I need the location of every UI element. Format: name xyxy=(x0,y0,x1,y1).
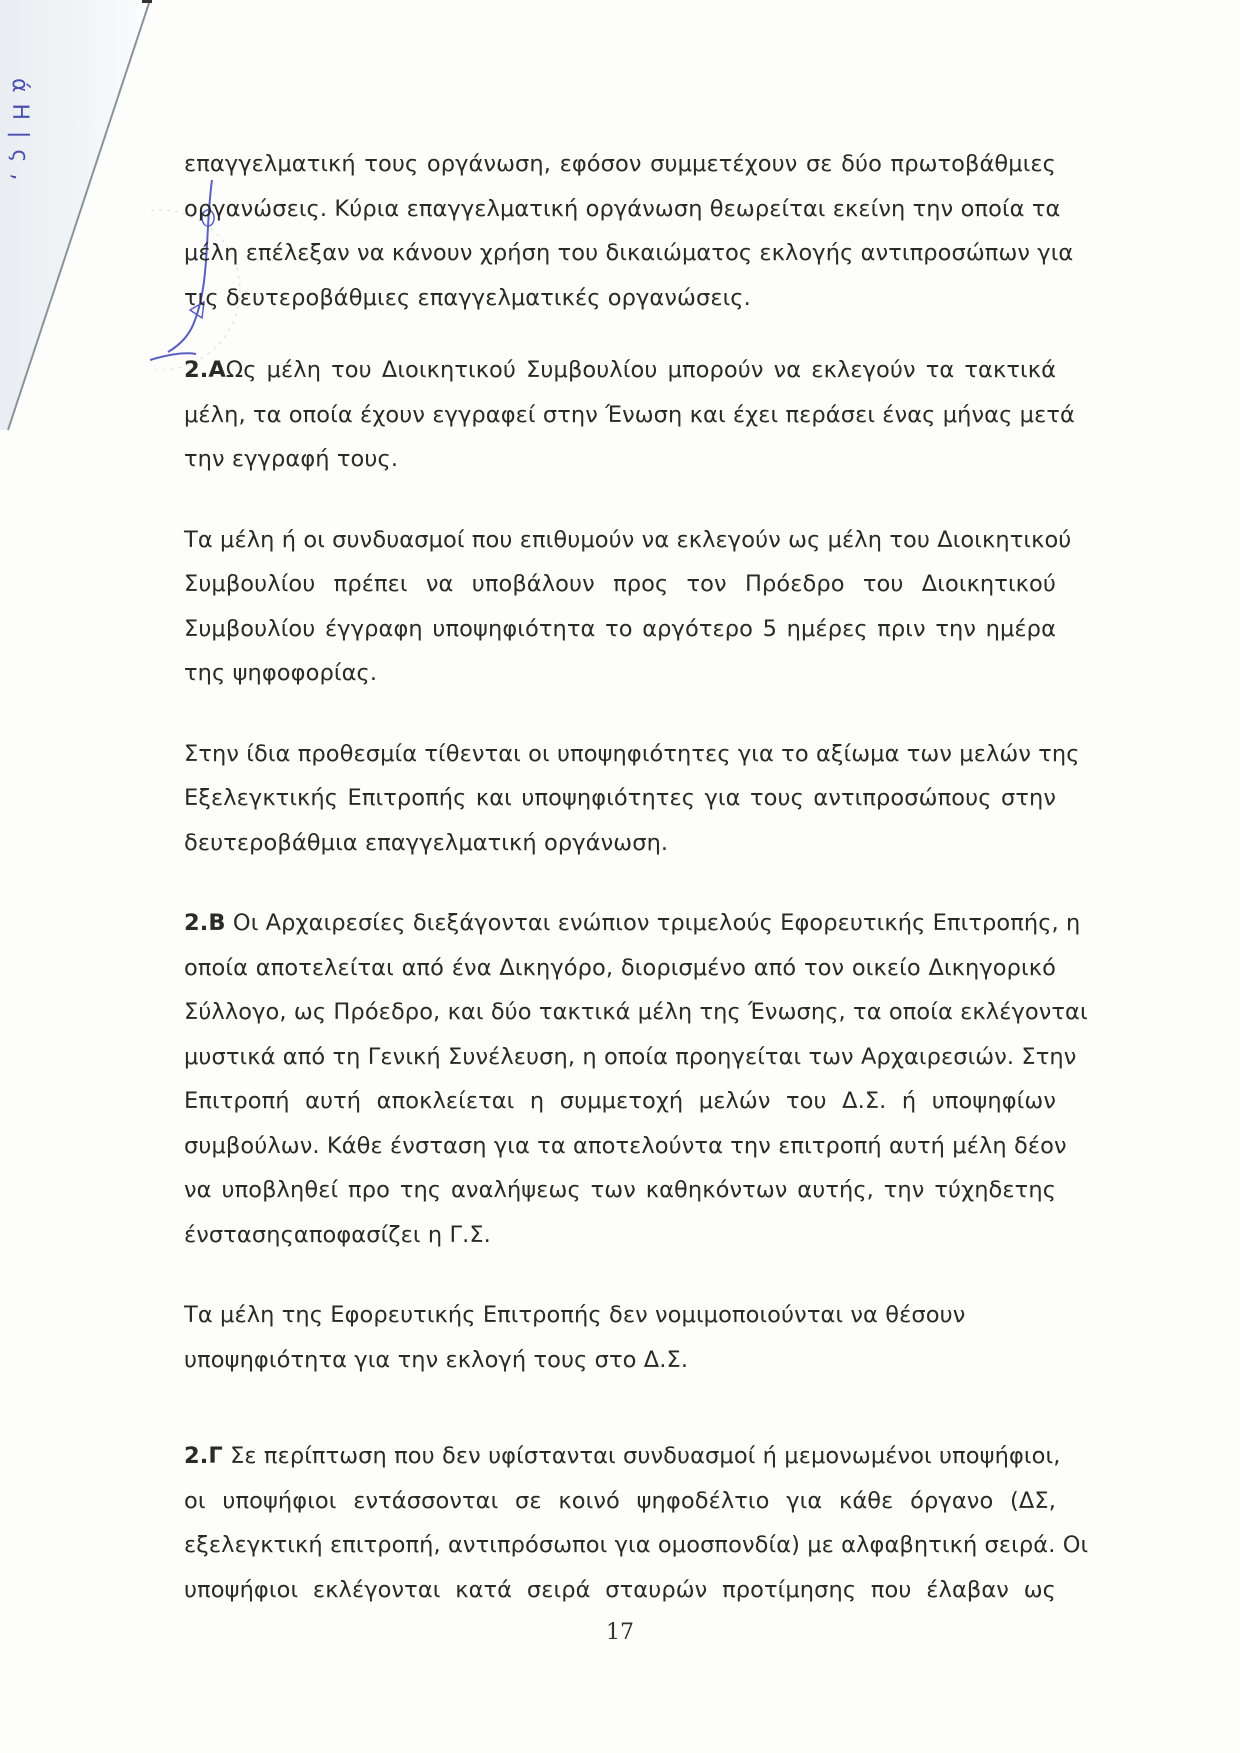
text-line: Τα μέλη της Εφορευτικής Επιτροπής δεν νο… xyxy=(184,1293,1056,1338)
text-line: υποψήφιοι εκλέγονται κατά σειρά σταυρών … xyxy=(184,1568,1056,1613)
paragraph-committee-members: Τα μέλη της Εφορευτικής Επιτροπής δεν νο… xyxy=(184,1293,1056,1382)
text-line: επαγγελματική τους οργάνωση, εφόσον συμμ… xyxy=(184,142,1056,187)
section-label-2c: 2.Γ xyxy=(184,1443,223,1469)
page-number: 17 xyxy=(0,1620,1240,1645)
text-line: Συμβουλίου έγγραφη υποψηφιότητα το αργότ… xyxy=(184,607,1056,652)
paragraph-candidacy: Τα μέλη ή οι συνδυασμοί που επιθυμούν να… xyxy=(184,518,1056,696)
text-line: της ψηφοφορίας. xyxy=(184,651,1056,696)
text-line: Στην ίδια προθεσμία τίθενται οι υποψηφιό… xyxy=(184,732,1056,777)
text-line: Τα μέλη ή οι συνδυασμοί που επιθυμούν να… xyxy=(184,518,1056,563)
text-line: Συμβουλίου πρέπει να υποβάλουν προς τον … xyxy=(184,562,1056,607)
text-line: δευτεροβάθμια επαγγελματική οργάνωση. xyxy=(184,821,1056,866)
text-line: ένστασηςαποφασίζει η Γ.Σ. xyxy=(184,1213,1056,1258)
section-label-2a: 2.Α xyxy=(184,357,226,383)
document-page: επαγγελματική τους οργάνωση, εφόσον συμμ… xyxy=(184,142,1056,1612)
paragraph-continuation: επαγγελματική τους οργάνωση, εφόσον συμμ… xyxy=(184,142,1056,320)
text-line: μέλη, τα οποία έχουν εγγραφεί στην Ένωση… xyxy=(184,393,1056,438)
scan-page-edge xyxy=(0,0,160,1753)
text-line: Επιτροπή αυτή αποκλείεται η συμμετοχή με… xyxy=(184,1079,1056,1124)
paragraph-deadline: Στην ίδια προθεσμία τίθενται οι υποψηφιό… xyxy=(184,732,1056,866)
text-line: να υποβληθεί προ της αναλήψεως των καθηκ… xyxy=(184,1168,1056,1213)
text-line: συμβούλων. Κάθε ένσταση για τα αποτελούν… xyxy=(184,1124,1056,1169)
text-line: οργανώσεις. Κύρια επαγγελματική οργάνωση… xyxy=(184,187,1056,232)
paragraph-2b: 2.Β Οι Αρχαιρεσίες διεξάγονται ενώπιον τ… xyxy=(184,901,1056,1257)
text-line: μυστικά από τη Γενική Συνέλευση, η οποία… xyxy=(184,1035,1056,1080)
text-line: οποία αποτελείται από ένα Δικηγόρο, διορ… xyxy=(184,946,1056,991)
text-line: οι υποψήφιοι εντάσσονται σε κοινό ψηφοδέ… xyxy=(184,1479,1056,1524)
text-line: Σε περίπτωση που δεν υφίστανται συνδυασμ… xyxy=(223,1443,1061,1469)
text-line: Ως μέλη του Διοικητικού Συμβουλίου μπορο… xyxy=(226,357,1056,383)
text-line: την εγγραφή τους. xyxy=(184,437,1056,482)
paragraph-2c: 2.Γ Σε περίπτωση που δεν υφίστανται συνδ… xyxy=(184,1434,1056,1612)
text-line: Σύλλογο, ως Πρόεδρο, και δύο τακτικά μέλ… xyxy=(184,990,1056,1035)
text-line: Εξελεγκτικής Επιτροπής και υποψηφιότητες… xyxy=(184,776,1056,821)
text-line: υποψηφιότητα για την εκλογή τους στο Δ.Σ… xyxy=(184,1338,1056,1383)
section-label-2b: 2.Β xyxy=(184,910,226,936)
text-line: τις δευτεροβάθμιες επαγγελματικές οργανώ… xyxy=(184,276,1056,321)
handwritten-margin-note: ά Η | ς , xyxy=(8,78,30,108)
text-line: εξελεγκτική επιτροπή, αντιπρόσωποι για ο… xyxy=(184,1523,1056,1568)
paragraph-2a: 2.ΑΩς μέλη του Διοικητικού Συμβουλίου μπ… xyxy=(184,348,1056,482)
text-line: Οι Αρχαιρεσίες διεξάγονται ενώπιον τριμε… xyxy=(226,910,1081,936)
text-line: μέλη επέλεξαν να κάνουν χρήση του δικαιώ… xyxy=(184,231,1056,276)
